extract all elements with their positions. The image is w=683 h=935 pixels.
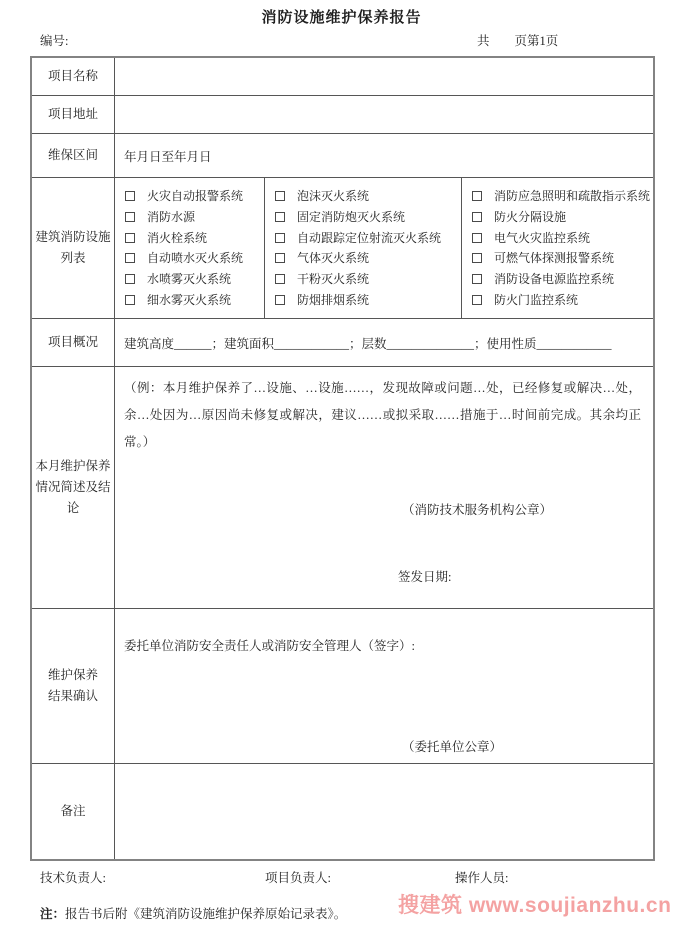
facility-item: 防烟排烟系统: [265, 293, 461, 307]
facility-item-label: 泡沫灭火系统: [297, 189, 369, 203]
project-address-label: 项目地址: [32, 96, 115, 133]
report-number-label: 编号:: [40, 31, 68, 49]
page-count-label: 共 页第1页: [477, 31, 558, 49]
facility-item-label: 自动跟踪定位射流灭火系统: [297, 231, 441, 245]
facility-item: 电气火灾监控系统: [462, 231, 653, 245]
facility-item: 消防设备电源监控系统: [462, 272, 653, 286]
footnote: 注：报告书后附《建筑消防设施维护保养原始记录表》。: [40, 904, 346, 922]
report-page: 消防设施维护保养报告 编号: 共 页第1页 项目名称 项目地址 维保区间 年月日…: [0, 0, 683, 935]
checkbox-icon: [275, 233, 285, 243]
checkbox-icon: [125, 212, 135, 222]
row-result-confirmation: 维护保养 结果确认 委托单位消防安全责任人或消防安全管理人（签字）: （委托单位…: [32, 609, 653, 764]
facility-item: 消防水源: [115, 210, 264, 224]
facility-item-label: 消防应急照明和疏散指示系统: [494, 189, 650, 203]
operator-label: 操作人员:: [455, 868, 508, 886]
checkbox-icon: [472, 295, 482, 305]
facility-item-label: 细水雾灭火系统: [147, 293, 231, 307]
checkbox-icon: [472, 212, 482, 222]
facility-item-label: 消火栓系统: [147, 231, 207, 245]
checkbox-icon: [472, 191, 482, 201]
checkbox-icon: [125, 191, 135, 201]
facility-item-label: 可燃气体探测报警系统: [494, 251, 614, 265]
monthly-summary-cell: （例：本月维护保养了…设施、…设施……，发现故障或问题…处，已经修复或解决…处，…: [115, 367, 653, 608]
result-confirmation-cell: 委托单位消防安全责任人或消防安全管理人（签字）: （委托单位公章）: [115, 609, 653, 763]
facility-item-label: 消防设备电源监控系统: [494, 272, 614, 286]
service-org-stamp-hint: （消防技术服务机构公章）: [402, 500, 552, 518]
facility-item: 防火门监控系统: [462, 293, 653, 307]
facility-item-label: 气体灭火系统: [297, 251, 369, 265]
row-maintenance-period: 维保区间 年月日至年月日: [32, 134, 653, 178]
checkbox-icon: [275, 274, 285, 284]
facility-item: 防火分隔设施: [462, 210, 653, 224]
facility-item: 自动跟踪定位射流灭火系统: [265, 231, 461, 245]
checkbox-icon: [125, 233, 135, 243]
issue-date-label: 签发日期:: [398, 567, 451, 585]
remarks-value: [115, 764, 653, 859]
project-lead-label: 项目负责人:: [265, 868, 331, 886]
project-address-value: [115, 96, 653, 133]
facility-item: 消火栓系统: [115, 231, 264, 245]
monthly-summary-label: 本月维护保养 情况简述及结 论: [32, 367, 115, 608]
maintenance-period-label: 维保区间: [32, 134, 115, 177]
checkbox-icon: [472, 274, 482, 284]
checkbox-icon: [472, 233, 482, 243]
project-name-value: [115, 58, 653, 95]
facility-item: 固定消防炮灭火系统: [265, 210, 461, 224]
row-facility-list: 建筑消防设施 列表 火灾自动报警系统 消防水源 消火栓系统 自动喷水灭火系统 水…: [32, 178, 653, 319]
project-name-label: 项目名称: [32, 58, 115, 95]
monthly-summary-example: （例：本月维护保养了…设施、…设施……，发现故障或问题…处，已经修复或解决…处，…: [115, 367, 653, 456]
facility-column-1: 火灾自动报警系统 消防水源 消火栓系统 自动喷水灭火系统 水喷雾灭火系统 细水雾…: [115, 178, 265, 318]
checkbox-icon: [275, 253, 285, 263]
facility-item-label: 干粉灭火系统: [297, 272, 369, 286]
checkbox-icon: [125, 295, 135, 305]
row-monthly-summary: 本月维护保养 情况简述及结 论 （例：本月维护保养了…设施、…设施……，发现故障…: [32, 367, 653, 609]
facility-item-label: 固定消防炮灭火系统: [297, 210, 405, 224]
maintenance-period-value: 年月日至年月日: [115, 134, 653, 177]
checkbox-icon: [275, 212, 285, 222]
facility-item: 自动喷水灭火系统: [115, 251, 264, 265]
project-overview-label: 项目概况: [32, 319, 115, 366]
facility-item: 水喷雾灭火系统: [115, 272, 264, 286]
facility-list-label: 建筑消防设施 列表: [32, 178, 115, 318]
footnote-text: 报告书后附《建筑消防设施维护保养原始记录表》。: [65, 907, 346, 921]
project-overview-value: 建筑高度______；建筑面积____________；层数__________…: [115, 319, 653, 366]
row-project-name: 项目名称: [32, 58, 653, 96]
facility-item: 火灾自动报警系统: [115, 189, 264, 203]
facility-item-label: 消防水源: [147, 210, 195, 224]
facility-item-label: 电气火灾监控系统: [494, 231, 590, 245]
tech-lead-label: 技术负责人:: [40, 868, 106, 886]
facility-item: 细水雾灭火系统: [115, 293, 264, 307]
row-project-address: 项目地址: [32, 96, 653, 134]
checkbox-icon: [275, 191, 285, 201]
facility-column-2: 泡沫灭火系统 固定消防炮灭火系统 自动跟踪定位射流灭火系统 气体灭火系统 干粉灭…: [265, 178, 462, 318]
client-stamp-hint: （委托单位公章）: [402, 737, 502, 755]
checkbox-icon: [125, 274, 135, 284]
site-watermark: 搜建筑 www.soujianzhu.cn: [398, 889, 671, 919]
facility-list-cell: 火灾自动报警系统 消防水源 消火栓系统 自动喷水灭火系统 水喷雾灭火系统 细水雾…: [115, 178, 653, 318]
facility-item-label: 自动喷水灭火系统: [147, 251, 243, 265]
facility-item-label: 防烟排烟系统: [297, 293, 369, 307]
footnote-prefix: 注：: [40, 907, 65, 921]
facility-item-label: 火灾自动报警系统: [147, 189, 243, 203]
facility-item: 消防应急照明和疏散指示系统: [462, 189, 653, 203]
facility-item: 可燃气体探测报警系统: [462, 251, 653, 265]
checkbox-icon: [125, 253, 135, 263]
result-confirmation-label: 维护保养 结果确认: [32, 609, 115, 763]
remarks-label: 备注: [32, 764, 115, 859]
facility-item: 干粉灭火系统: [265, 272, 461, 286]
checkbox-icon: [472, 253, 482, 263]
page-title: 消防设施维护保养报告: [0, 6, 683, 27]
facility-item-label: 防火分隔设施: [494, 210, 566, 224]
facility-item: 气体灭火系统: [265, 251, 461, 265]
facility-item-label: 防火门监控系统: [494, 293, 578, 307]
report-form-table: 项目名称 项目地址 维保区间 年月日至年月日 建筑消防设施 列表 火灾自动报警系…: [30, 56, 655, 861]
facility-item-label: 水喷雾灭火系统: [147, 272, 231, 286]
row-project-overview: 项目概况 建筑高度______；建筑面积____________；层数_____…: [32, 319, 653, 367]
client-sign-line: 委托单位消防安全责任人或消防安全管理人（签字）:: [115, 609, 653, 654]
checkbox-icon: [275, 295, 285, 305]
facility-column-3: 消防应急照明和疏散指示系统 防火分隔设施 电气火灾监控系统 可燃气体探测报警系统…: [462, 178, 653, 318]
row-remarks: 备注: [32, 764, 653, 859]
facility-item: 泡沫灭火系统: [265, 189, 461, 203]
